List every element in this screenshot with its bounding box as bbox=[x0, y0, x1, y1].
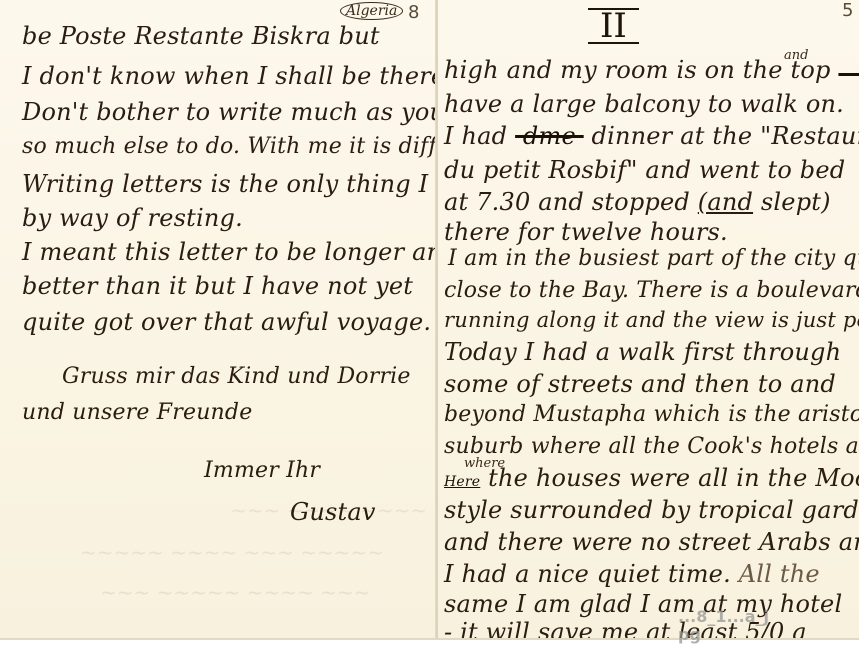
section-numeral: II bbox=[588, 8, 639, 44]
letter-line: I had dme dinner at the "Restaurant bbox=[444, 124, 859, 148]
letter-line: Today I had a walk first through bbox=[444, 340, 841, 364]
struck-word: dme bbox=[515, 122, 584, 150]
letter-line: Here the houses were all in the Moorish bbox=[444, 466, 859, 490]
letter-line: beyond Mustapha which is the aristocrati… bbox=[444, 404, 859, 426]
letter-line: I am in the busiest part of the city qui… bbox=[448, 248, 859, 270]
letter-line: by way of resting. bbox=[22, 206, 243, 230]
letter-line: same I am glad I am at my hotel bbox=[444, 592, 842, 616]
letter-line: close to the Bay. There is a boulevard bbox=[444, 280, 859, 302]
letter-line: quite got over that awful voyage. bbox=[22, 310, 431, 334]
letter-line: Writing letters is the only thing I can … bbox=[22, 172, 436, 196]
letter-line: du petit Rosbif" and went to bed bbox=[444, 158, 845, 182]
letter-line: and there were no street Arabs and bbox=[444, 530, 859, 554]
valediction: Immer Ihr bbox=[204, 460, 320, 482]
signature: Gustav bbox=[290, 500, 376, 524]
inserted-word: and bbox=[784, 48, 808, 63]
letter-line: some of streets and then to and bbox=[444, 372, 836, 396]
page-number: 5 bbox=[842, 0, 853, 21]
closing-greeting: Gruss mir das Kind und Dorrie bbox=[62, 366, 411, 388]
letter-line: there for twelve hours. bbox=[444, 220, 728, 244]
letter-line: at 7.30 and stopped (and slept) bbox=[444, 190, 831, 214]
struck-word: Here bbox=[444, 474, 480, 490]
inserted-word: where bbox=[464, 456, 505, 471]
letter-spread: ~~~ ~~~~ ~~~~ ~~~~~ ~~~~ ~~~ ~~~~~ ~~~ ~… bbox=[0, 0, 859, 640]
letter-line: better than it but I have not yet bbox=[22, 274, 413, 298]
letter-line: so much else to do. With me it is differ… bbox=[22, 136, 436, 158]
letter-line: running along it and the view is just pe… bbox=[444, 310, 859, 331]
letter-line: I don't know when I shall be there. bbox=[22, 64, 436, 88]
letter-line: suburb where all the Cook's hotels are. bbox=[444, 436, 859, 458]
bleed-through-text: ~~~ ~~~~~ ~~~~ ~~~ bbox=[100, 580, 370, 604]
right-page: II 5 high and my room is on the top —— I… bbox=[438, 0, 859, 640]
filename-overlay: ...8_1...a_j pg bbox=[678, 608, 769, 644]
letter-line: be Poste Restante Biskra but bbox=[22, 24, 380, 48]
left-page: ~~~ ~~~~ ~~~~ ~~~~~ ~~~~ ~~~ ~~~~~ ~~~ ~… bbox=[0, 0, 436, 640]
letter-line: I meant this letter to be longer and bbox=[22, 240, 436, 264]
letter-line: style surrounded by tropical gardens bbox=[444, 498, 859, 522]
letter-line: I had a nice quiet time. All the bbox=[444, 562, 820, 586]
bleed-through-text: ~~~~~ ~~~~ ~~~ ~~~~~ bbox=[80, 540, 384, 564]
letter-line: Don't bother to write much as you have bbox=[22, 100, 436, 124]
closing-greeting: und unsere Freunde bbox=[22, 402, 252, 424]
struck-word: —— bbox=[838, 66, 859, 82]
letter-line: have a large balcony to walk on. bbox=[444, 92, 844, 116]
circled-annotation: Algeria bbox=[340, 2, 403, 20]
page-number: 8 bbox=[408, 2, 419, 23]
